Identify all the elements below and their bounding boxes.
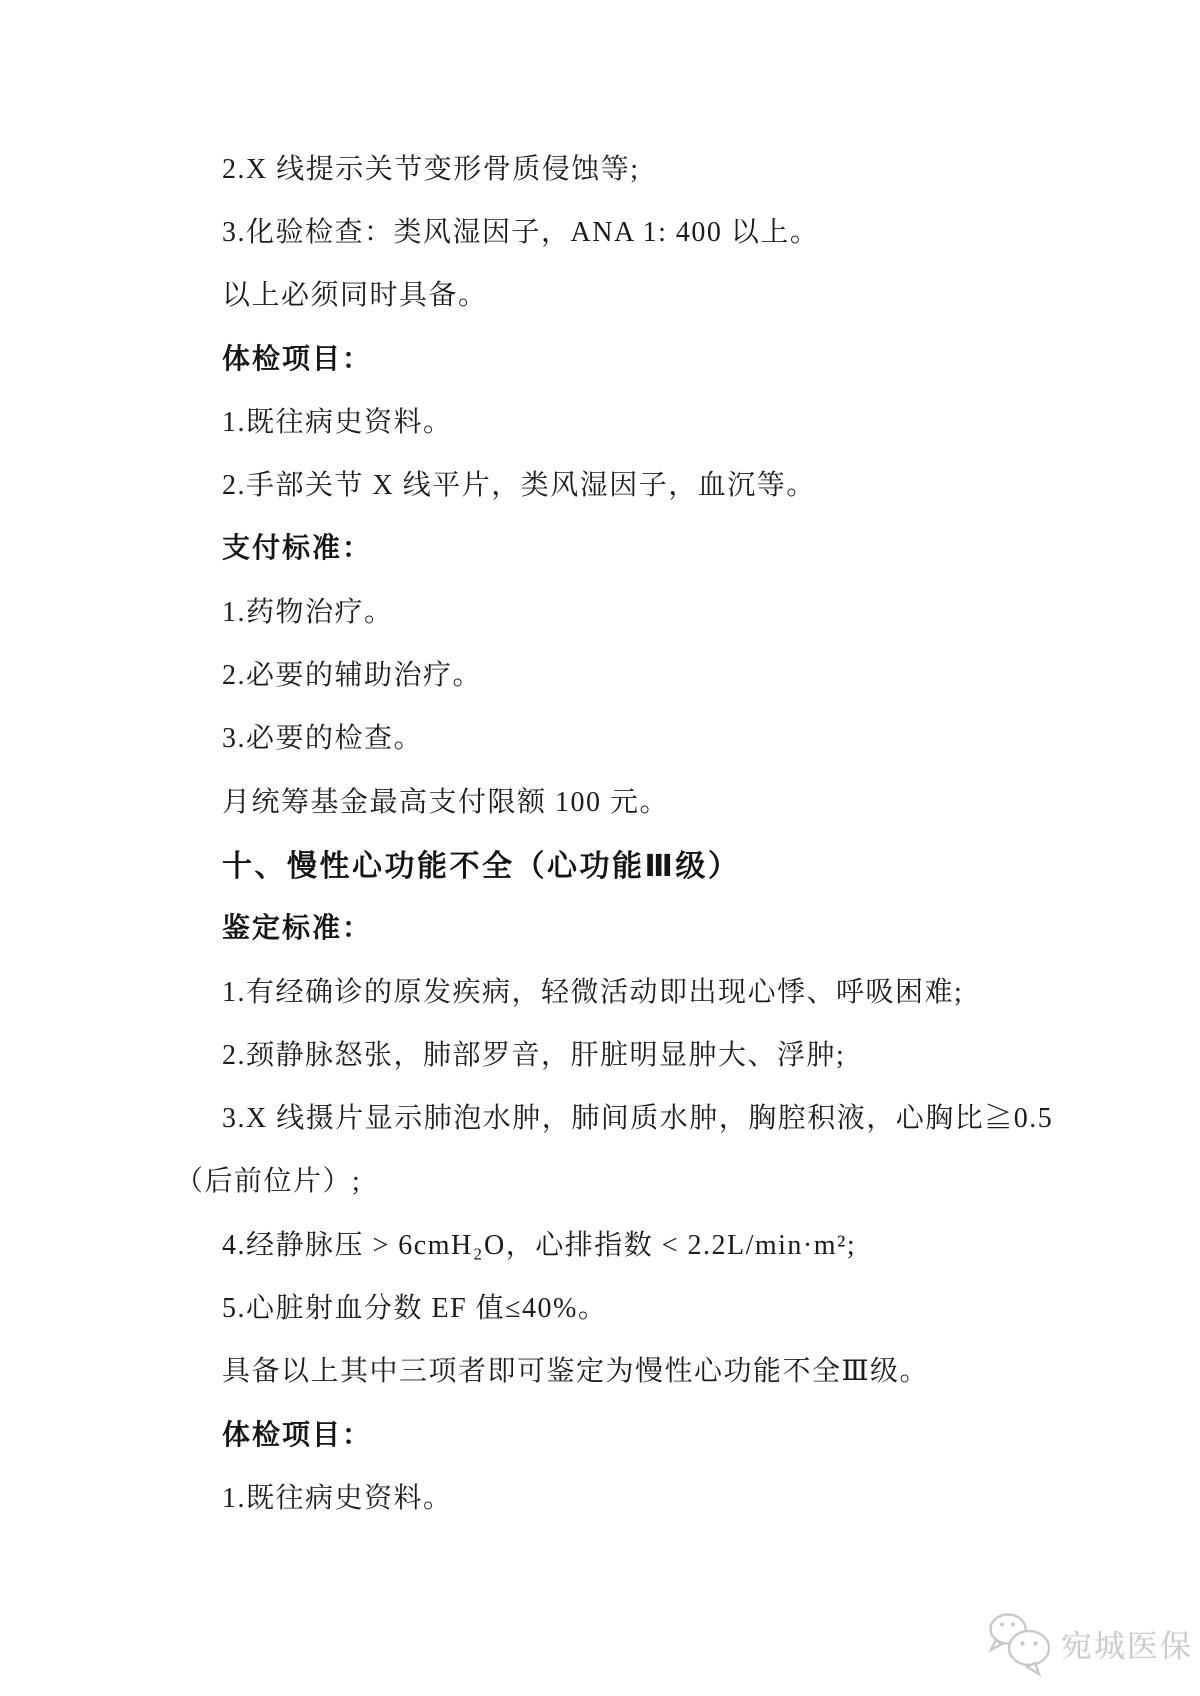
section-title-chronic-heart-failure: 十、慢性心功能不全（心功能Ⅲ级）	[0, 831, 1200, 894]
heading-exam-items-1: 体检项目：	[0, 325, 1200, 388]
criterion-jugular-vein: 2.颈静脉怒张，肺部罗音，肝脏明显肿大、浮肿;	[0, 1021, 1200, 1084]
exam-item-history-1: 1.既往病史资料。	[0, 388, 1200, 451]
document-page: 2.X 线提示关节变形骨质侵蚀等; 3.化验检查：类风湿因子，ANA 1: 40…	[0, 0, 1200, 1696]
heading-exam-items-2: 体检项目：	[0, 1401, 1200, 1464]
payment-item-auxiliary-treatment: 2.必要的辅助治疗。	[0, 641, 1200, 704]
criterion-xray-deformation: 2.X 线提示关节变形骨质侵蚀等;	[0, 135, 1200, 198]
criterion-lab-test: 3.化验检查：类风湿因子，ANA 1: 400 以上。	[0, 198, 1200, 261]
document-body: 2.X 线提示关节变形骨质侵蚀等; 3.化验检查：类风湿因子，ANA 1: 40…	[0, 135, 1200, 1528]
criterion-xray-continuation: （后前位片）;	[0, 1148, 1200, 1211]
exam-item-history-2: 1.既往病史资料。	[0, 1464, 1200, 1527]
payment-item-necessary-tests: 3.必要的检查。	[0, 705, 1200, 768]
note-all-required: 以上必须同时具备。	[0, 262, 1200, 325]
exam-item-hand-xray: 2.手部关节 X 线平片，类风湿因子，血沉等。	[0, 451, 1200, 514]
payment-item-medication: 1.药物治疗。	[0, 578, 1200, 641]
wechat-watermark: 宛城医保	[983, 1608, 1193, 1678]
criterion-xray-pulmonary-edema: 3.X 线摄片显示肺泡水肿，肺间质水肿，胸腔积液，心胸比≧0.5	[0, 1084, 1200, 1147]
criterion-venous-pressure: 4.经静脉压 > 6cmH₂O，心排指数 < 2.2L/min·m²;	[0, 1211, 1200, 1274]
wechat-icon	[983, 1608, 1057, 1678]
note-monthly-fund-limit: 月统筹基金最高支付限额 100 元。	[0, 768, 1200, 831]
note-three-items-required: 具备以上其中三项者即可鉴定为慢性心功能不全Ⅲ级。	[0, 1338, 1200, 1401]
heading-assessment-criteria: 鉴定标准：	[0, 895, 1200, 958]
criterion-primary-disease: 1.有经确诊的原发疾病，轻微活动即出现心悸、呼吸困难;	[0, 958, 1200, 1021]
watermark-label: 宛城医保	[1061, 1621, 1193, 1666]
heading-payment-standard: 支付标准：	[0, 515, 1200, 578]
criterion-ejection-fraction: 5.心脏射血分数 EF 值≤40%。	[0, 1274, 1200, 1337]
